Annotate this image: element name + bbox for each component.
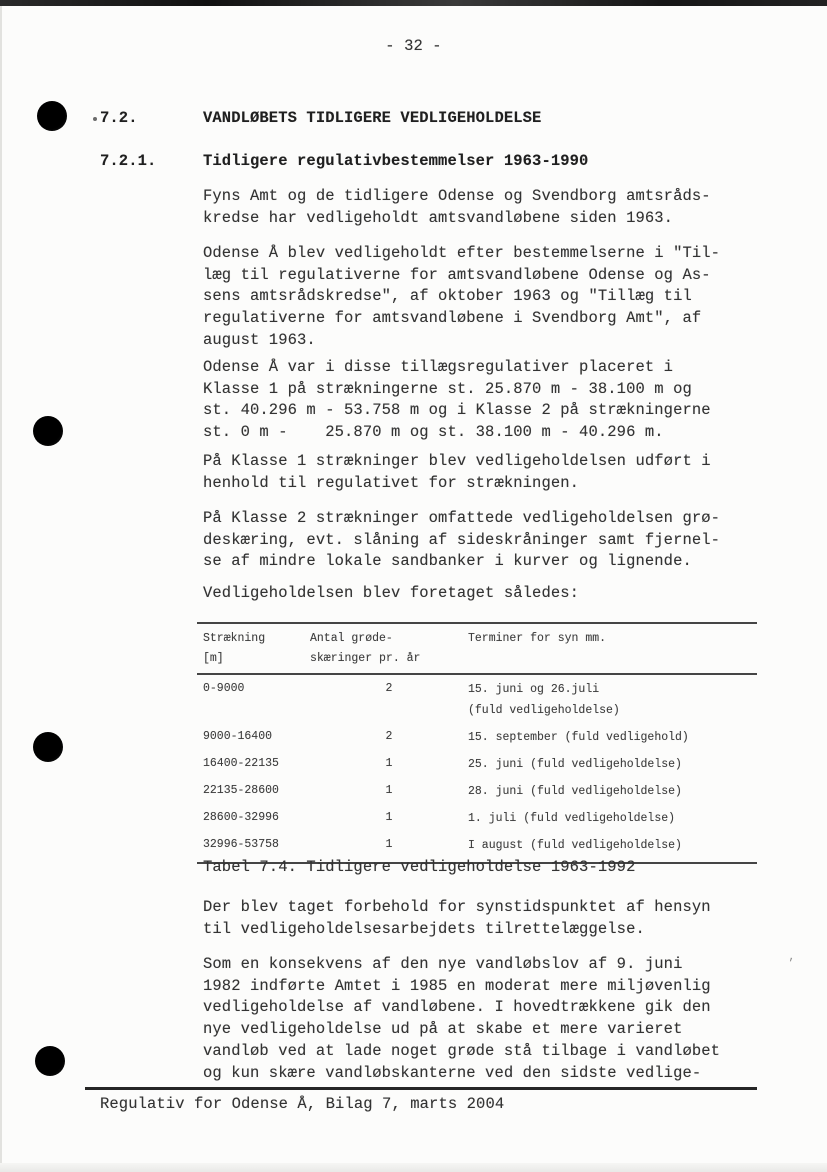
paragraph: Odense Å var i disse tillægsregulativer …: [203, 357, 711, 444]
punch-hole-icon: [35, 1046, 65, 1076]
paragraph: Odense Å blev vedligeholdt efter bestemm…: [203, 243, 720, 352]
section-title: VANDLØBETS TIDLIGERE VEDLIGEHOLDELSE: [203, 108, 541, 130]
table-row: 0-9000 2 15. juni og 26.juli (fuld vedli…: [203, 679, 757, 721]
table-intro-line: Vedligeholdelsen blev foretaget således:: [203, 583, 579, 605]
section-number: 7.2.1.: [100, 151, 156, 173]
table-body: 0-9000 2 15. juni og 26.juli (fuld vedli…: [197, 675, 757, 862]
scan-edge-left: [0, 6, 2, 1163]
scan-speck: [93, 117, 97, 121]
footer-text: Regulativ for Odense Å, Bilag 7, marts 2…: [100, 1094, 504, 1116]
cell-terms: 28. juni (fuld vedligeholdelse): [468, 781, 757, 802]
table-row: 32996-53758 1 I august (fuld vedligehold…: [203, 835, 757, 856]
punch-hole-icon: [33, 416, 63, 446]
cell-terms: 15. juni og 26.juli (fuld vedligeholdels…: [468, 679, 757, 721]
punch-hole-icon: [37, 101, 67, 131]
paragraph: På Klasse 2 strækninger omfattede vedlig…: [203, 508, 720, 573]
table-row: 28600-32996 1 1. juli (fuld vedligeholde…: [203, 808, 757, 829]
column-header-stretch: Strækning [m]: [203, 629, 310, 669]
cell-cuts: 2: [310, 679, 468, 699]
section-number: 7.2.: [100, 108, 138, 130]
cell-stretch: 32996-53758: [203, 835, 310, 855]
table-header-row: Strækning [m] Antal grøde- skæringer pr.…: [197, 624, 757, 675]
page-number: - 32 -: [0, 36, 827, 58]
cell-stretch: 0-9000: [203, 679, 310, 699]
scan-speck: ': [786, 955, 794, 965]
scan-edge-top: [0, 0, 827, 6]
cell-terms: 25. juni (fuld vedligeholdelse): [468, 754, 757, 775]
maintenance-table: Strækning [m] Antal grøde- skæringer pr.…: [197, 622, 757, 864]
cell-cuts: 1: [310, 808, 468, 828]
cell-terms: 1. juli (fuld vedligeholdelse): [468, 808, 757, 829]
cell-cuts: 1: [310, 754, 468, 774]
cell-stretch: 28600-32996: [203, 808, 310, 828]
cell-cuts: 1: [310, 835, 468, 855]
paragraph: På Klasse 1 strækninger blev vedligehold…: [203, 451, 711, 494]
cell-cuts: 1: [310, 781, 468, 801]
cell-terms: 15. september (fuld vedligehold): [468, 727, 757, 748]
section-title: Tidligere regulativbestemmelser 1963-199…: [203, 151, 588, 173]
punch-hole-icon: [33, 732, 63, 762]
cell-stretch: 9000-16400: [203, 727, 310, 747]
cell-cuts: 2: [310, 727, 468, 747]
paragraph: Som en konsekvens af den nye vandløbslov…: [203, 954, 720, 1084]
cell-stretch: 22135-28600: [203, 781, 310, 801]
column-header-terms: Terminer for syn mm.: [468, 629, 757, 669]
table-caption: Tabel 7.4. Tidligere vedligeholdelse 196…: [203, 857, 635, 879]
table-row: 16400-22135 1 25. juni (fuld vedligehold…: [203, 754, 757, 775]
table-row: 9000-16400 2 15. september (fuld vedlige…: [203, 727, 757, 748]
footer-divider: [85, 1087, 757, 1090]
paragraph: Fyns Amt og de tidligere Odense og Svend…: [203, 186, 711, 229]
table-row: 22135-28600 1 28. juni (fuld vedligehold…: [203, 781, 757, 802]
column-header-cuts: Antal grøde- skæringer pr. år: [310, 629, 468, 669]
cell-stretch: 16400-22135: [203, 754, 310, 774]
scan-edge-bottom: [0, 1163, 827, 1172]
paragraph: Der blev taget forbehold for synstidspun…: [203, 897, 711, 940]
cell-terms: I august (fuld vedligeholdelse): [468, 835, 757, 856]
